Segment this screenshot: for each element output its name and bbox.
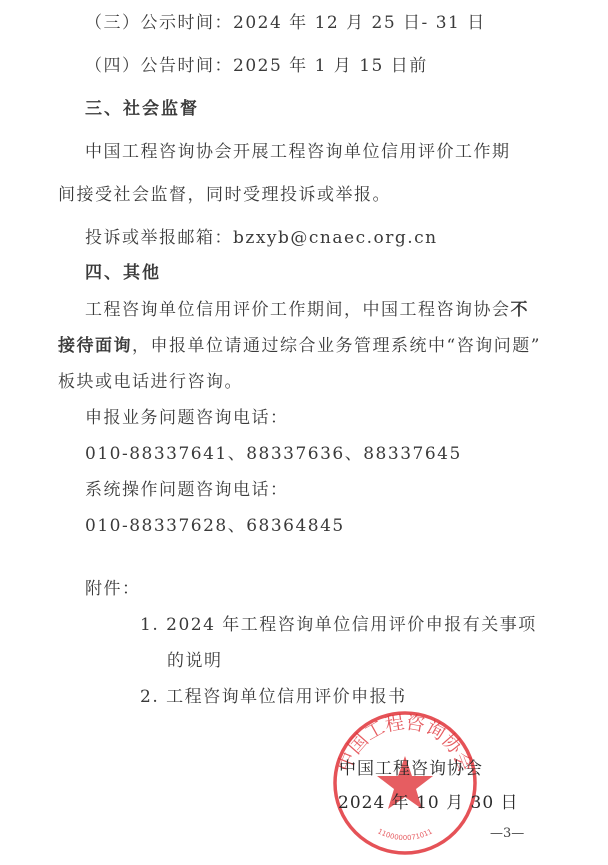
attachment-2: 2. 工程咨询单位信用评价申报书 xyxy=(140,686,407,708)
phone-numbers-system: 010-88337628、68364845 xyxy=(85,515,345,537)
paragraph: 间接受社会监督，同时受理投诉或举报。 xyxy=(58,184,391,206)
announcement-time: （四）公告时间：2025 年 1 月 15 日前 xyxy=(85,55,428,77)
publicity-time: （三）公示时间：2024 年 12 月 25 日- 31 日 xyxy=(85,12,486,34)
official-seal-icon: 中国工程咨询协会 1100000071011 xyxy=(330,708,480,858)
text: ，申报单位请通过综合业务管理系统中“咨询问题” xyxy=(132,336,541,356)
section-heading-supervision: 三、社会监督 xyxy=(85,98,199,120)
attachment-1-cont: 的说明 xyxy=(167,650,223,672)
bold-text: 接待面询 xyxy=(58,336,132,356)
complaint-email: 投诉或举报邮箱：bzxyb@cnaec.org.cn xyxy=(85,227,438,249)
signature-date: 2024 年 10 月 30 日 xyxy=(338,788,519,813)
attachments-label: 附件： xyxy=(85,578,141,600)
svg-text:1100000071011: 1100000071011 xyxy=(376,827,434,842)
paragraph: 工程咨询单位信用评价工作期间，中国工程咨询协会不 xyxy=(85,299,529,321)
paragraph: 板块或电话进行咨询。 xyxy=(58,371,243,393)
page-number: —3— xyxy=(490,826,524,841)
phone-numbers-business: 010-88337641、88337636、88337645 xyxy=(85,443,462,465)
attachment-1: 1. 2024 年工程咨询单位信用评价申报有关事项 xyxy=(140,614,537,636)
paragraph: 接待面询，申报单位请通过综合业务管理系统中“咨询问题” xyxy=(58,335,541,357)
bold-text: 不 xyxy=(511,300,530,320)
phone-label-system: 系统操作问题咨询电话： xyxy=(85,479,289,501)
section-heading-other: 四、其他 xyxy=(85,262,161,284)
signature-organization: 中国工程咨询协会 xyxy=(339,754,483,779)
phone-label-business: 申报业务问题咨询电话： xyxy=(85,407,289,429)
paragraph: 中国工程咨询协会开展工程咨询单位信用评价工作期 xyxy=(85,141,511,163)
text: 工程咨询单位信用评价工作期间，中国工程咨询协会 xyxy=(85,300,511,320)
